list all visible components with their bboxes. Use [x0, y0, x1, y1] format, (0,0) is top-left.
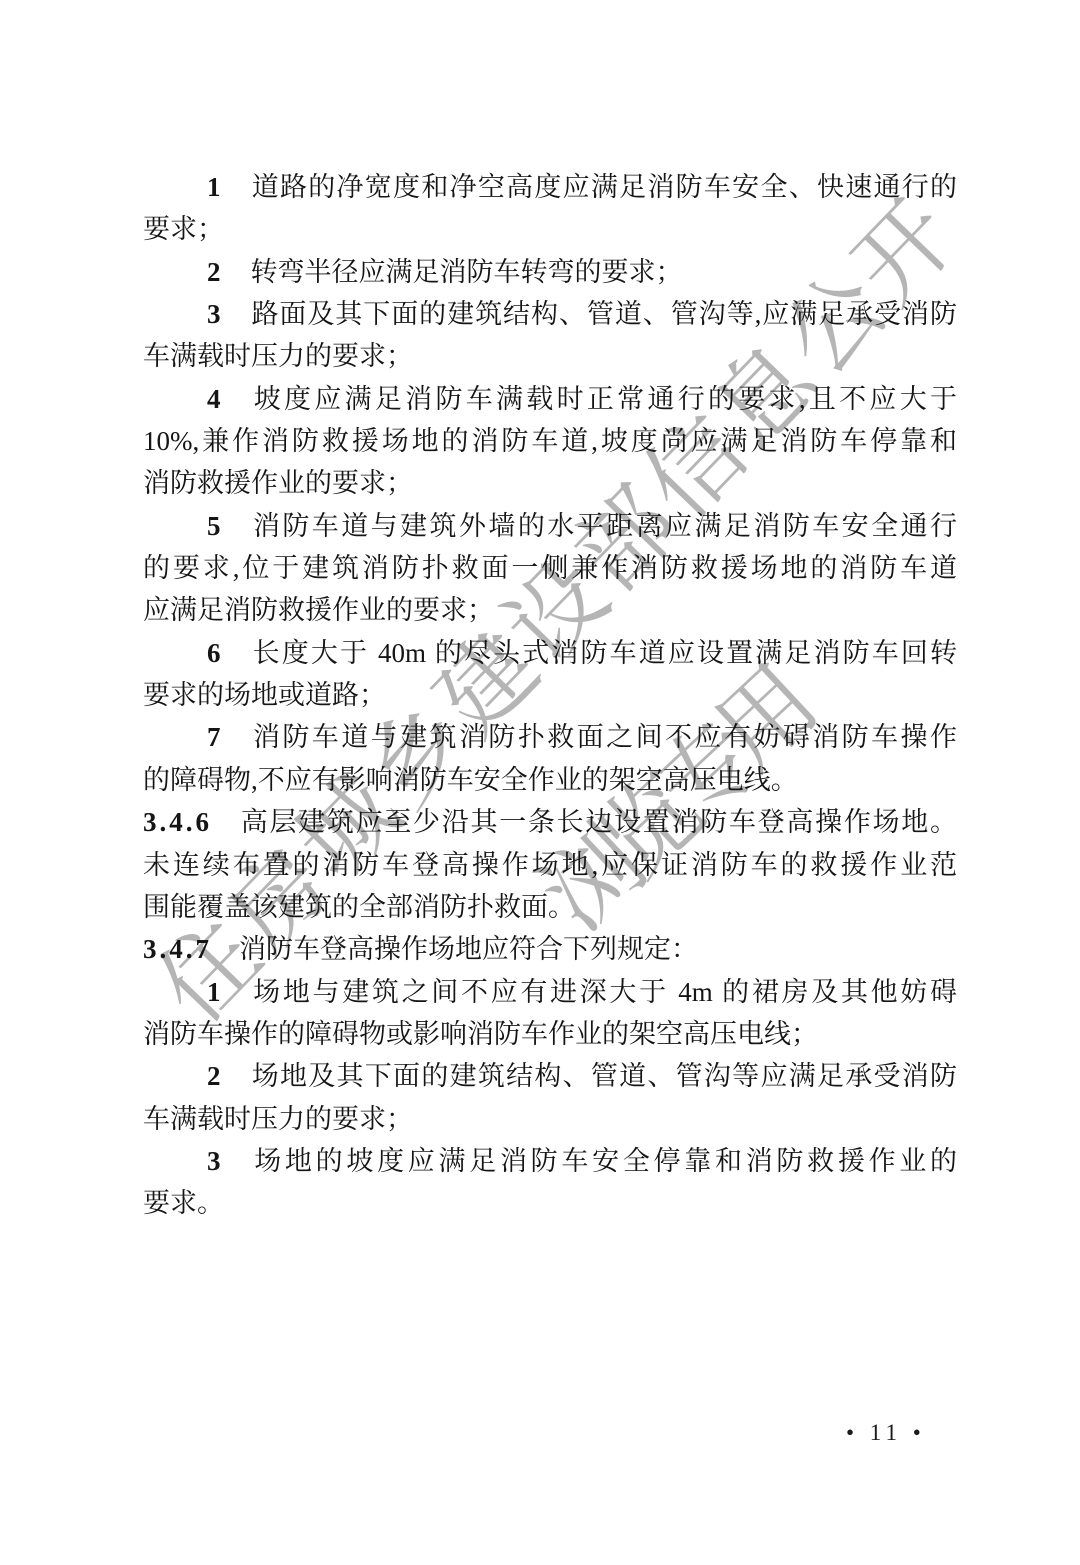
- clause-number: 7: [207, 722, 224, 752]
- clause-line: 1场地与建筑之间不应有进深大于 4m 的裙房及其他妨碍: [143, 971, 957, 1013]
- clause-line: 3场地的坡度应满足消防车安全停靠和消防救援作业的: [143, 1140, 957, 1182]
- document-page: 住房城乡建设部信息公开 浏览专用 1道路的净宽度和净空高度应满足消防车安全、快速…: [0, 0, 1080, 1565]
- clause-line: 3.4.6高层建筑应至少沿其一条长边设置消防车登高操作场地。: [143, 801, 957, 843]
- clause-number: 6: [207, 638, 224, 668]
- body-text: 1道路的净宽度和净空高度应满足消防车安全、快速通行的要求；2转弯半径应满足消防车…: [143, 166, 957, 1225]
- clause-line: 3路面及其下面的建筑结构、管道、管沟等,应满足承受消防: [143, 293, 957, 335]
- clause-text: 要求的场地或道路；: [143, 680, 386, 710]
- clause-text: 转弯半径应满足消防车转弯的要求；: [251, 257, 683, 287]
- clause-number: 2: [207, 257, 224, 287]
- clause-number: 1: [207, 172, 224, 202]
- clause-line: 未连续布置的消防车登高操作场地,应保证消防车的救援作业范: [143, 844, 957, 886]
- clause-line: 2场地及其下面的建筑结构、管道、管沟等应满足承受消防: [143, 1055, 957, 1097]
- clause-text: 要求；: [143, 214, 224, 244]
- clause-line: 4坡度应满足消防车满载时正常通行的要求,且不应大于: [143, 378, 957, 420]
- clause-text: 要求。: [143, 1188, 224, 1218]
- clause-text: 场地与建筑之间不应有进深大于 4m 的裙房及其他妨碍: [251, 977, 958, 1007]
- clause-text: 场地的坡度应满足消防车安全停靠和消防救援作业的: [251, 1146, 958, 1176]
- clause-line: 要求；: [143, 208, 957, 250]
- clause-number: 2: [207, 1061, 224, 1091]
- clause-text: 车满载时压力的要求；: [143, 341, 413, 371]
- clause-text: 消防车操作的障碍物或影响消防车作业的架空高压电线；: [143, 1019, 818, 1049]
- clause-line: 消防救援作业的要求；: [143, 462, 957, 504]
- clause-line: 应满足消防救援作业的要求；: [143, 589, 957, 631]
- clause-text: 消防救援作业的要求；: [143, 468, 413, 498]
- clause-number: 3.4.7: [143, 934, 212, 964]
- clause-line: 车满载时压力的要求；: [143, 335, 957, 377]
- clause-line: 车满载时压力的要求；: [143, 1098, 957, 1140]
- clause-number: 3: [207, 299, 224, 329]
- clause-text: 的要求,位于建筑消防扑救面一侧兼作消防救援场地的消防车道: [143, 553, 957, 583]
- clause-text: 应满足消防救援作业的要求；: [143, 595, 494, 625]
- clause-text: 的障碍物,不应有影响消防车安全作业的架空高压电线。: [143, 765, 798, 795]
- clause-text: 道路的净宽度和净空高度应满足消防车安全、快速通行的: [251, 172, 958, 202]
- clause-line: 10%,兼作消防救援场地的消防车道,坡度尚应满足消防车停靠和: [143, 420, 957, 462]
- clause-text: 消防车道与建筑消防扑救面之间不应有妨碍消防车操作: [251, 722, 958, 752]
- clause-text: 围能覆盖该建筑的全部消防扑救面。: [143, 892, 575, 922]
- clause-text: 高层建筑应至少沿其一条长边设置消防车登高操作场地。: [239, 807, 957, 837]
- clause-text: 长度大于 40m 的尽头式消防车道应设置满足消防车回转: [251, 638, 958, 668]
- clause-line: 5消防车道与建筑外墙的水平距离应满足消防车安全通行: [143, 505, 957, 547]
- clause-text: 路面及其下面的建筑结构、管道、管沟等,应满足承受消防: [251, 299, 958, 329]
- clause-number: 3: [207, 1146, 224, 1176]
- clause-number: 5: [207, 511, 224, 541]
- clause-line: 2转弯半径应满足消防车转弯的要求；: [143, 251, 957, 293]
- clause-line: 的障碍物,不应有影响消防车安全作业的架空高压电线。: [143, 759, 957, 801]
- clause-text: 10%,兼作消防救援场地的消防车道,坡度尚应满足消防车停靠和: [143, 426, 957, 456]
- clause-text: 消防车道与建筑外墙的水平距离应满足消防车安全通行: [251, 511, 958, 541]
- clause-line: 的要求,位于建筑消防扑救面一侧兼作消防救援场地的消防车道: [143, 547, 957, 589]
- clause-number: 4: [207, 384, 224, 414]
- clause-text: 未连续布置的消防车登高操作场地,应保证消防车的救援作业范: [143, 850, 957, 880]
- clause-line: 6长度大于 40m 的尽头式消防车道应设置满足消防车回转: [143, 632, 957, 674]
- clause-line: 围能覆盖该建筑的全部消防扑救面。: [143, 886, 957, 928]
- clause-line: 要求。: [143, 1182, 957, 1224]
- clause-text: 消防车登高操作场地应符合下列规定：: [239, 934, 698, 964]
- clause-line: 消防车操作的障碍物或影响消防车作业的架空高压电线；: [143, 1013, 957, 1055]
- clause-text: 车满载时压力的要求；: [143, 1104, 413, 1134]
- page-number: • 11 •: [846, 1420, 926, 1446]
- clause-line: 1道路的净宽度和净空高度应满足消防车安全、快速通行的: [143, 166, 957, 208]
- clause-number: 3.4.6: [143, 807, 212, 837]
- clause-text: 坡度应满足消防车满载时正常通行的要求,且不应大于: [251, 384, 958, 414]
- clause-text: 场地及其下面的建筑结构、管道、管沟等应满足承受消防: [251, 1061, 958, 1091]
- clause-line: 7消防车道与建筑消防扑救面之间不应有妨碍消防车操作: [143, 716, 957, 758]
- clause-line: 要求的场地或道路；: [143, 674, 957, 716]
- clause-line: 3.4.7消防车登高操作场地应符合下列规定：: [143, 928, 957, 970]
- clause-number: 1: [207, 977, 224, 1007]
